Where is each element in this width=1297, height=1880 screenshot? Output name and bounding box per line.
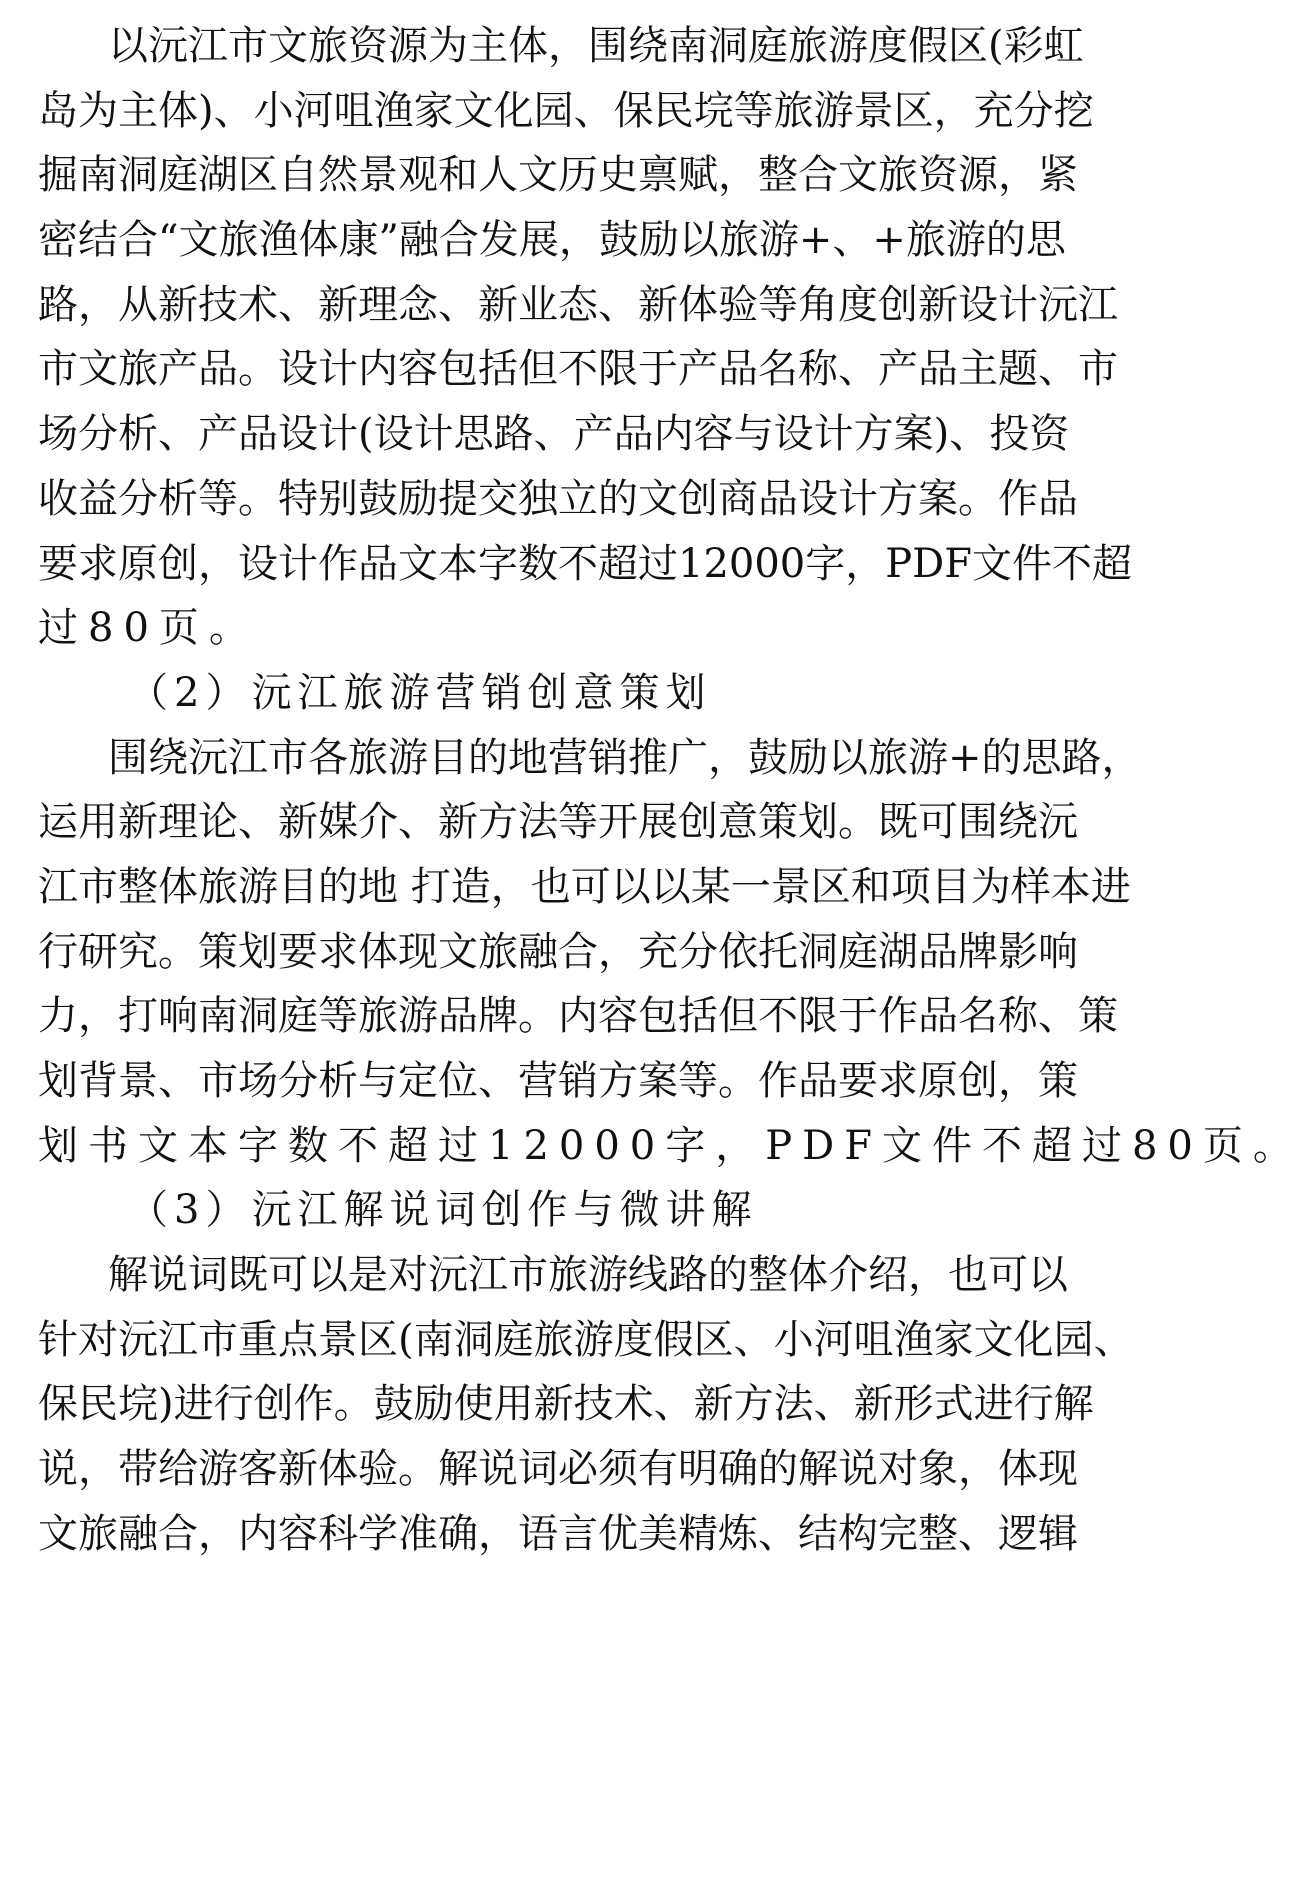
text-line: 围绕沅江市各旅游目的地营销推广，鼓励以旅游+的思路， [38,726,1054,791]
text-line: 以沅江市文旅资源为主体，围绕南洞庭旅游度假区(彩虹 [38,14,1054,79]
text-line: 划书文本字数不超过12000字，PDF文件不超过80页。 [38,1114,1054,1179]
paragraph-commentary-creation: 解说词既可以是对沅江市旅游线路的整体介绍，也可以 针对沅江市重点景区(南洞庭旅游… [38,1243,1054,1566]
text-line: 岛为主体)、小河咀渔家文化园、保民垸等旅游景区，充分挖 [38,79,1054,144]
text-line: 文旅融合，内容科学准确，语言优美精炼、结构完整、逻辑 [38,1502,1054,1567]
text-line: 针对沅江市重点景区(南洞庭旅游度假区、小河咀渔家文化园、 [38,1308,1054,1373]
section-heading-marketing: （2）沅江旅游营销创意策划 [38,661,1054,726]
text-line: 行研究。策划要求体现文旅融合，充分依托洞庭湖品牌影响 [38,920,1054,985]
text-line: 解说词既可以是对沅江市旅游线路的整体介绍，也可以 [38,1243,1054,1308]
text-line: 保民垸)进行创作。鼓励使用新技术、新方法、新形式进行解 [38,1372,1054,1437]
text-line: 密结合“文旅渔体康”融合发展，鼓励以旅游+、+旅游的思 [38,208,1054,273]
text-line: 力，打响南洞庭等旅游品牌。内容包括但不限于作品名称、策 [38,984,1054,1049]
text-line: 收益分析等。特别鼓励提交独立的文创商品设计方案。作品 [38,467,1054,532]
text-line: 场分析、产品设计(设计思路、产品内容与设计方案)、投资 [38,402,1054,467]
text-line: 要求原创，设计作品文本字数不超过12000字，PDF文件不超 [38,532,1054,597]
paragraph-cultural-tourism-products: 以沅江市文旅资源为主体，围绕南洞庭旅游度假区(彩虹 岛为主体)、小河咀渔家文化园… [38,14,1054,661]
text-line: 说，带给游客新体验。解说词必须有明确的解说对象，体现 [38,1437,1054,1502]
text-line: 市文旅产品。设计内容包括但不限于产品名称、产品主题、市 [38,337,1054,402]
text-line: 运用新理论、新媒介、新方法等开展创意策划。既可围绕沅 [38,790,1054,855]
paragraph-marketing-planning: 围绕沅江市各旅游目的地营销推广，鼓励以旅游+的思路， 运用新理论、新媒介、新方法… [38,726,1054,1179]
text-line: 江市整体旅游目的地 打造，也可以以某一景区和项目为样本进 [38,855,1054,920]
section-heading-commentary: （3）沅江解说词创作与微讲解 [38,1178,1054,1243]
text-line: 掘南洞庭湖区自然景观和人文历史禀赋，整合文旅资源，紧 [38,143,1054,208]
text-line: 路，从新技术、新理念、新业态、新体验等角度创新设计沅江 [38,273,1054,338]
text-line: 过80页。 [38,596,1054,661]
document-page: 以沅江市文旅资源为主体，围绕南洞庭旅游度假区(彩虹 岛为主体)、小河咀渔家文化园… [38,14,1054,1567]
text-line: 划背景、市场分析与定位、营销方案等。作品要求原创，策 [38,1049,1054,1114]
